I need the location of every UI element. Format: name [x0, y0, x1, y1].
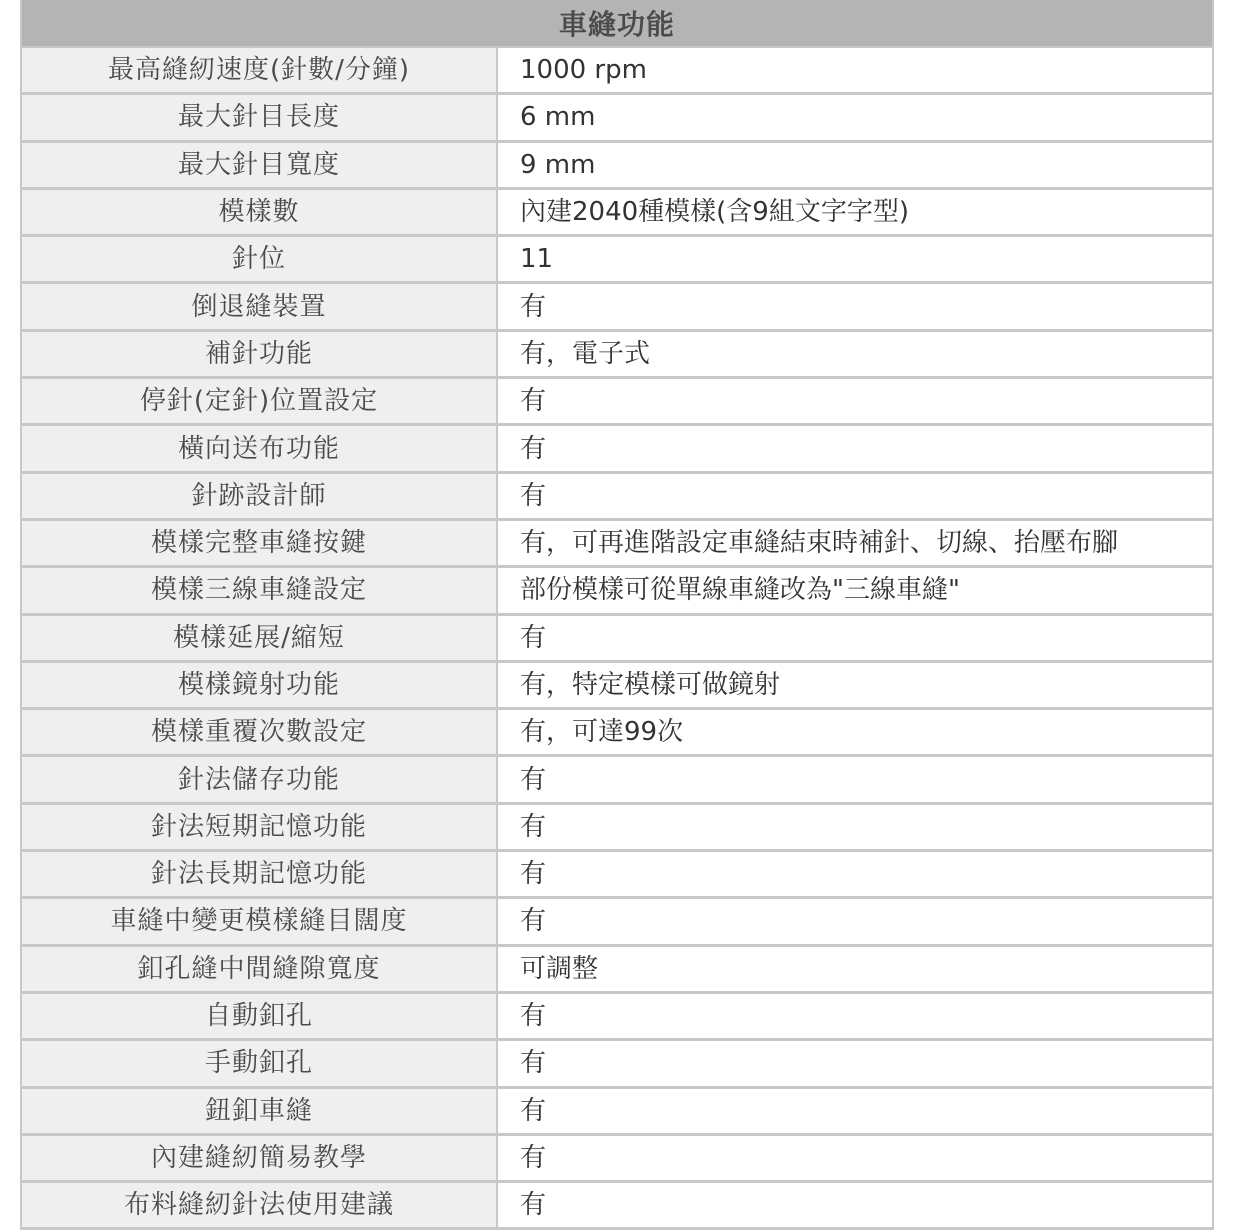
- spec-value: 有，可再進階設定車縫結束時補針、切線、抬壓布腳: [497, 519, 1213, 566]
- table-row: 內建縫紉簡易教學有: [21, 1134, 1213, 1181]
- table-row: 針跡設計師有: [21, 472, 1213, 519]
- spec-label: 車縫中變更模樣縫目闊度: [21, 898, 497, 945]
- spec-value: 有: [497, 614, 1213, 661]
- spec-label: 模樣數: [21, 188, 497, 235]
- spec-table-body: 最高縫紉速度(針數/分鐘)1000 rpm最大針目長度6 mm最大針目寬度9 m…: [21, 47, 1213, 1229]
- spec-label: 內建縫紉簡易教學: [21, 1134, 497, 1181]
- spec-label: 最大針目長度: [21, 94, 497, 141]
- spec-label: 針法儲存功能: [21, 756, 497, 803]
- spec-value: 可調整: [497, 945, 1213, 992]
- spec-label: 模樣鏡射功能: [21, 661, 497, 708]
- spec-value: 9 mm: [497, 141, 1213, 188]
- spec-value: 有: [497, 851, 1213, 898]
- table-row: 自動釦孔有: [21, 992, 1213, 1039]
- spec-label: 手動釦孔: [21, 1040, 497, 1087]
- table-row: 模樣延展/縮短有: [21, 614, 1213, 661]
- spec-label: 自動釦孔: [21, 992, 497, 1039]
- spec-label: 針位: [21, 236, 497, 283]
- table-row: 車縫中變更模樣縫目闊度有: [21, 898, 1213, 945]
- table-header-row: 車縫功能: [21, 0, 1213, 47]
- table-row: 最大針目寬度9 mm: [21, 141, 1213, 188]
- table-row: 鈕釦車縫有: [21, 1087, 1213, 1134]
- spec-value: 部份模樣可從單線車縫改為"三線車縫": [497, 567, 1213, 614]
- spec-label: 最大針目寬度: [21, 141, 497, 188]
- spec-label: 停針(定針)位置設定: [21, 378, 497, 425]
- spec-value: 有: [497, 1087, 1213, 1134]
- table-row: 針位11: [21, 236, 1213, 283]
- spec-label: 針法短期記憶功能: [21, 803, 497, 850]
- spec-value: 有: [497, 756, 1213, 803]
- table-row: 橫向送布功能有: [21, 425, 1213, 472]
- spec-table: 車縫功能 最高縫紉速度(針數/分鐘)1000 rpm最大針目長度6 mm最大針目…: [20, 0, 1214, 1230]
- spec-label: 模樣完整車縫按鍵: [21, 519, 497, 566]
- spec-value: 有: [497, 1134, 1213, 1181]
- spec-label: 橫向送布功能: [21, 425, 497, 472]
- table-row: 補針功能有，電子式: [21, 330, 1213, 377]
- spec-label: 鈕釦車縫: [21, 1087, 497, 1134]
- spec-label: 模樣延展/縮短: [21, 614, 497, 661]
- spec-label: 模樣重覆次數設定: [21, 709, 497, 756]
- spec-label: 倒退縫裝置: [21, 283, 497, 330]
- spec-label: 最高縫紉速度(針數/分鐘): [21, 47, 497, 94]
- table-row: 停針(定針)位置設定有: [21, 378, 1213, 425]
- spec-value: 有: [497, 472, 1213, 519]
- table-row: 針法長期記憶功能有: [21, 851, 1213, 898]
- spec-value: 有: [497, 283, 1213, 330]
- spec-label: 針跡設計師: [21, 472, 497, 519]
- table-row: 手動釦孔有: [21, 1040, 1213, 1087]
- spec-value: 有: [497, 992, 1213, 1039]
- spec-label: 布料縫紉針法使用建議: [21, 1182, 497, 1229]
- spec-value: 有: [497, 378, 1213, 425]
- table-row: 針法儲存功能有: [21, 756, 1213, 803]
- table-row: 布料縫紉針法使用建議有: [21, 1182, 1213, 1229]
- spec-value: 有，電子式: [497, 330, 1213, 377]
- table-row: 倒退縫裝置有: [21, 283, 1213, 330]
- spec-value: 有: [497, 425, 1213, 472]
- table-row: 模樣完整車縫按鍵有，可再進階設定車縫結束時補針、切線、抬壓布腳: [21, 519, 1213, 566]
- spec-label: 釦孔縫中間縫隙寬度: [21, 945, 497, 992]
- table-row: 釦孔縫中間縫隙寬度可調整: [21, 945, 1213, 992]
- spec-value: 有: [497, 1182, 1213, 1229]
- table-row: 針法短期記憶功能有: [21, 803, 1213, 850]
- table-row: 模樣數內建2040種模樣(含9組文字字型): [21, 188, 1213, 235]
- spec-value: 內建2040種模樣(含9組文字字型): [497, 188, 1213, 235]
- spec-label: 針法長期記憶功能: [21, 851, 497, 898]
- spec-value: 有，特定模樣可做鏡射: [497, 661, 1213, 708]
- spec-value: 6 mm: [497, 94, 1213, 141]
- spec-value: 1000 rpm: [497, 47, 1213, 94]
- spec-value: 有: [497, 803, 1213, 850]
- table-title: 車縫功能: [21, 0, 1213, 47]
- table-row: 最大針目長度6 mm: [21, 94, 1213, 141]
- spec-value: 11: [497, 236, 1213, 283]
- table-row: 模樣鏡射功能有，特定模樣可做鏡射: [21, 661, 1213, 708]
- spec-label: 補針功能: [21, 330, 497, 377]
- spec-value: 有，可達99次: [497, 709, 1213, 756]
- table-row: 模樣重覆次數設定有，可達99次: [21, 709, 1213, 756]
- spec-value: 有: [497, 1040, 1213, 1087]
- spec-label: 模樣三線車縫設定: [21, 567, 497, 614]
- table-row: 最高縫紉速度(針數/分鐘)1000 rpm: [21, 47, 1213, 94]
- spec-value: 有: [497, 898, 1213, 945]
- table-row: 模樣三線車縫設定部份模樣可從單線車縫改為"三線車縫": [21, 567, 1213, 614]
